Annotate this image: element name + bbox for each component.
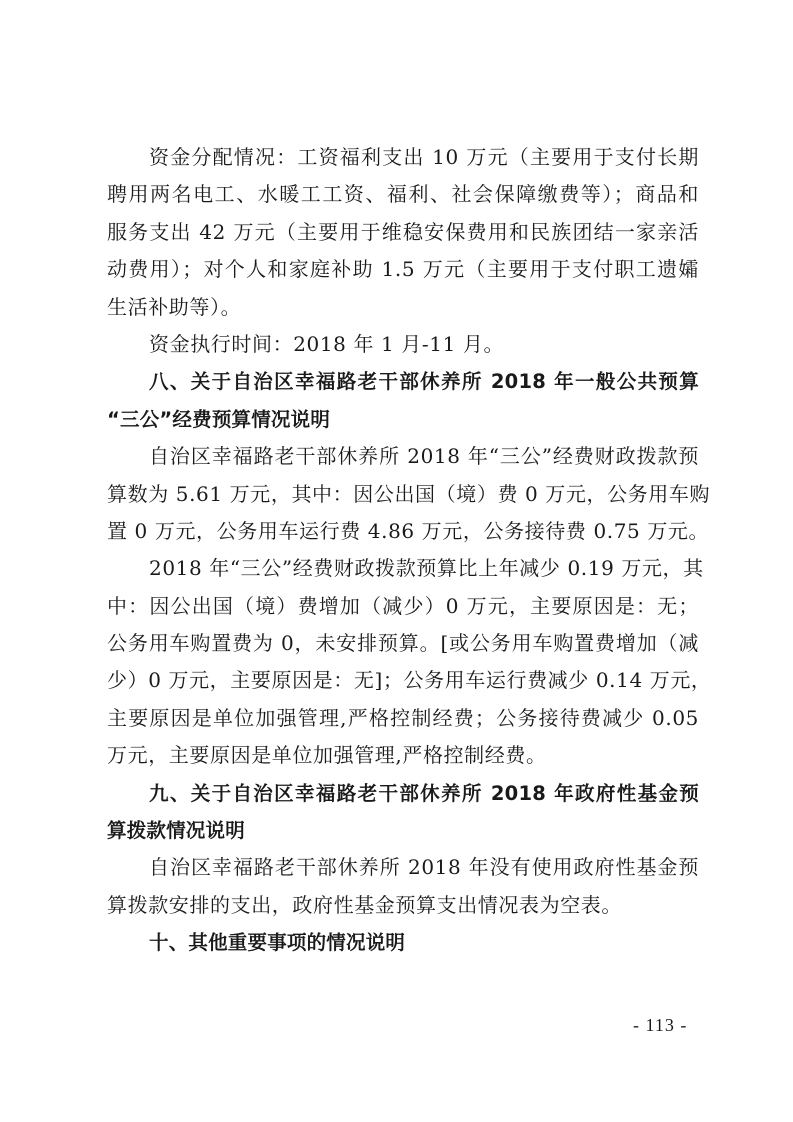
paragraph-gov-fund-budget: 自治区幸福路老干部休养所 2018 年没有使用政府性基金预 算拨款安排的支出，政… <box>107 849 699 924</box>
heading-line: 十、其他重要事项的情况说明 <box>107 924 699 961</box>
text-line: 资金执行时间：2018 年 1 月-11 月。 <box>107 326 699 363</box>
text-line: 服务支出 42 万元（主要用于维稳安保费用和民族团结一家亲活 <box>107 214 699 251</box>
heading-line: 八、关于自治区幸福路老干部休养所 2018 年一般公共预算 <box>107 363 699 400</box>
text-line: 动费用）；对个人和家庭补助 1.5 万元（主要用于支付职工遗孀 <box>107 251 699 288</box>
text-line: 聘用两名电工、水暖工工资、福利、社会保障缴费等）；商品和 <box>107 176 699 213</box>
paragraph-three-public-budget: 自治区幸福路老干部休养所 2018 年“三公”经费财政拨款预 算数为 5.61 … <box>107 438 699 550</box>
text-line: 生活补助等）。 <box>107 289 699 326</box>
section-heading-8: 八、关于自治区幸福路老干部休养所 2018 年一般公共预算 “三公”经费预算情况… <box>107 363 699 438</box>
text-line: 少）0 万元，主要原因是：无]；公务用车运行费减少 0.14 万元， <box>107 662 699 699</box>
paragraph-three-public-change: 2018 年“三公”经费财政拨款预算比上年减少 0.19 万元，其 中：因公出国… <box>107 550 699 774</box>
text-line: 主要原因是单位加强管理,严格控制经费；公务接待费减少 0.05 <box>107 700 699 737</box>
text-line: 资金分配情况：工资福利支出 10 万元（主要用于支付长期 <box>107 139 699 176</box>
document-page: 资金分配情况：工资福利支出 10 万元（主要用于支付长期 聘用两名电工、水暖工工… <box>107 139 699 962</box>
section-heading-9: 九、关于自治区幸福路老干部休养所 2018 年政府性基金预 算拨款情况说明 <box>107 775 699 850</box>
text-line: 2018 年“三公”经费财政拨款预算比上年减少 0.19 万元，其 <box>107 550 699 587</box>
heading-line: 算拨款情况说明 <box>107 812 699 849</box>
heading-line: “三公”经费预算情况说明 <box>107 401 699 438</box>
text-line: 算数为 5.61 万元，其中：因公出国（境）费 0 万元，公务用车购 <box>107 476 699 513</box>
text-line: 自治区幸福路老干部休养所 2018 年“三公”经费财政拨款预 <box>107 438 699 475</box>
text-line: 算拨款安排的支出，政府性基金预算支出情况表为空表。 <box>107 887 699 924</box>
text-line: 万元，主要原因是单位加强管理,严格控制经费。 <box>107 737 699 774</box>
text-line: 中：因公出国（境）费增加（减少）0 万元，主要原因是：无； <box>107 588 699 625</box>
text-line: 自治区幸福路老干部休养所 2018 年没有使用政府性基金预 <box>107 849 699 886</box>
page-number: - 113 - <box>633 1015 687 1036</box>
paragraph-fund-allocation: 资金分配情况：工资福利支出 10 万元（主要用于支付长期 聘用两名电工、水暖工工… <box>107 139 699 326</box>
text-line: 置 0 万元，公务用车运行费 4.86 万元，公务接待费 0.75 万元。 <box>107 513 699 550</box>
text-line: 公务用车购置费为 0，未安排预算。[或公务用车购置费增加（减 <box>107 625 699 662</box>
paragraph-execution-time: 资金执行时间：2018 年 1 月-11 月。 <box>107 326 699 363</box>
section-heading-10: 十、其他重要事项的情况说明 <box>107 924 699 961</box>
heading-line: 九、关于自治区幸福路老干部休养所 2018 年政府性基金预 <box>107 775 699 812</box>
